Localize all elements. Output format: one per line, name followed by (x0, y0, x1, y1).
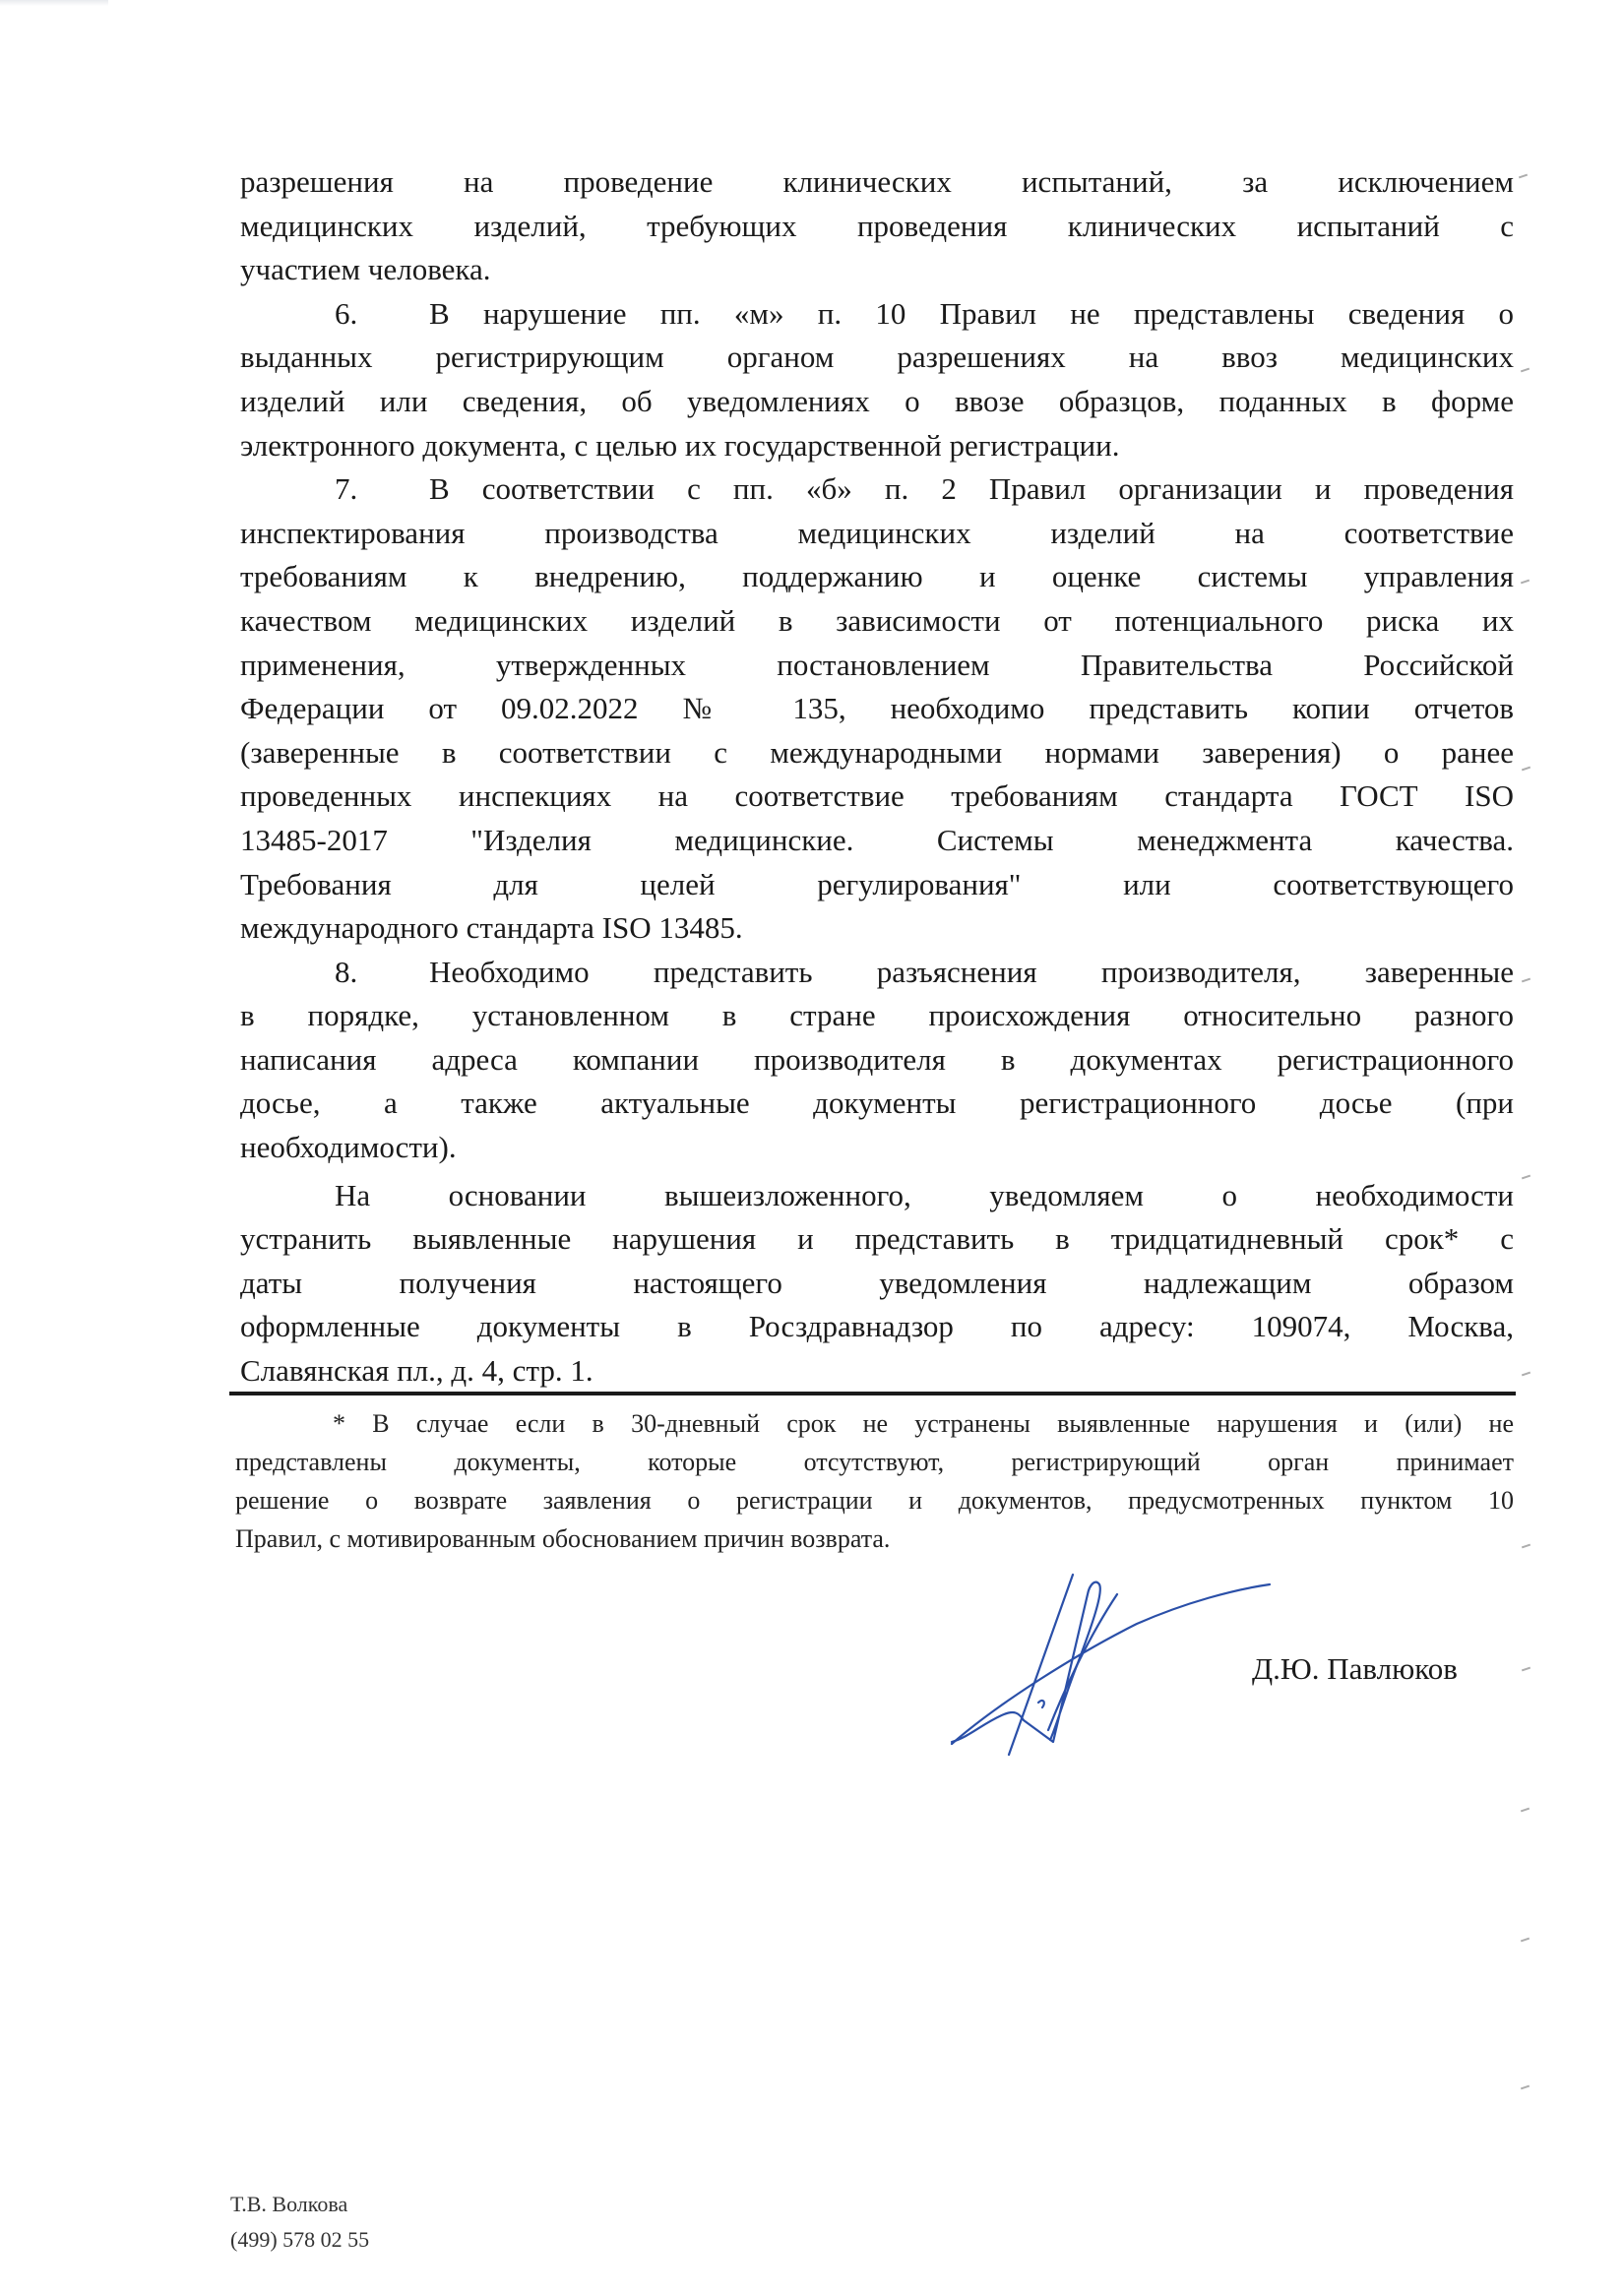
body-line: 13485-2017 "Изделия медицинские. Системы… (240, 819, 1514, 863)
handwritten-signature (940, 1565, 1275, 1762)
body-line: даты получения настоящего уведомления на… (240, 1262, 1514, 1306)
scan-mark (1522, 1544, 1530, 1549)
body-line: (заверенные в соответствии с международн… (240, 731, 1514, 775)
scan-mark (1522, 1175, 1530, 1180)
footnote-line: решение о возврате заявления о регистрац… (235, 1481, 1514, 1519)
document-page: разрешения на проведение клинических исп… (0, 0, 1624, 2294)
body-line: проведенных инспекциях на соответствие т… (240, 775, 1514, 819)
body-line: написания адреса компании производителя … (240, 1038, 1514, 1083)
scan-mark (1522, 1372, 1530, 1377)
body-line: Федерации от 09.02.2022 № 135, необходим… (240, 687, 1514, 731)
footnote: * В случае если в 30-дневный срок не уст… (235, 1404, 1514, 1558)
list-number: 8. (335, 951, 429, 995)
scan-mark (1522, 767, 1530, 772)
body-line: в порядке, установленном в стране происх… (240, 994, 1514, 1038)
body-line: требованиям к внедрению, поддержанию и о… (240, 555, 1514, 599)
list-number: 6. (335, 292, 429, 337)
body-line: На основании вышеизложенного, уведомляем… (240, 1174, 1514, 1218)
scan-mark (1521, 1808, 1530, 1813)
scan-mark (1519, 174, 1528, 179)
body-line: оформленные документы в Росздравнадзор п… (240, 1305, 1514, 1349)
body-line: необходимости). (240, 1126, 1514, 1170)
body-line: Славянская пл., д. 4, стр. 1. (240, 1349, 1514, 1394)
body-line: электронного документа, с целью их госуд… (240, 424, 1514, 468)
signer-name: Д.Ю. Павлюков (1252, 1649, 1458, 1689)
body-line: изделий или сведения, об уведомлениях о … (240, 380, 1514, 424)
scan-mark (1521, 1938, 1530, 1943)
body-line: применения, утвержденных постановлением … (240, 644, 1514, 688)
footnote-line: Правил, с мотивированным обоснованием пр… (235, 1519, 1514, 1558)
body-line: Необходимо представить разъяснения произ… (429, 951, 1514, 995)
list-item-6: 6. В нарушение пп. «м» п. 10 Правил не п… (240, 292, 1514, 337)
body-line: В нарушение пп. «м» п. 10 Правил не пред… (429, 292, 1514, 337)
list-item-8: 8. Необходимо представить разъяснения пр… (240, 951, 1514, 995)
footnote-divider (229, 1392, 1516, 1395)
body-line: досье, а также актуальные документы реги… (240, 1082, 1514, 1126)
list-number: 7. (335, 467, 429, 512)
body-line: международного стандарта ISO 13485. (240, 906, 1514, 951)
footnote-line: представлены документы, которые отсутств… (235, 1443, 1514, 1481)
footnote-line: * В случае если в 30-дневный срок не уст… (235, 1404, 1514, 1443)
letter-body: разрешения на проведение клинических исп… (240, 160, 1514, 1394)
body-line: устранить выявленные нарушения и предста… (240, 1217, 1514, 1262)
body-line: разрешения на проведение клинических исп… (240, 160, 1514, 205)
contact-phone: (499) 578 02 55 (230, 2222, 369, 2258)
list-item-7: 7. В соответствии с пп. «б» п. 2 Правил … (240, 467, 1514, 512)
body-line: участием человека. (240, 248, 1514, 292)
contact-name: Т.В. Волкова (230, 2187, 369, 2222)
body-line: инспектирования производства медицинских… (240, 512, 1514, 556)
body-line: Требования для целей регулирования" или … (240, 863, 1514, 907)
body-line: качеством медицинских изделий в зависимо… (240, 599, 1514, 644)
scan-mark (1522, 978, 1530, 983)
scan-mark (1521, 2085, 1530, 2090)
scan-mark (1521, 368, 1530, 373)
scan-mark (1521, 580, 1530, 585)
scan-mark (1522, 1667, 1530, 1672)
body-line: В соответствии с пп. «б» п. 2 Правил орг… (429, 467, 1514, 512)
scan-edge-artifact (0, 0, 108, 6)
body-line: выданных регистрирующим органом разрешен… (240, 336, 1514, 380)
contact-block: Т.В. Волкова (499) 578 02 55 (230, 2187, 369, 2258)
body-line: медицинских изделий, требующих проведени… (240, 205, 1514, 249)
